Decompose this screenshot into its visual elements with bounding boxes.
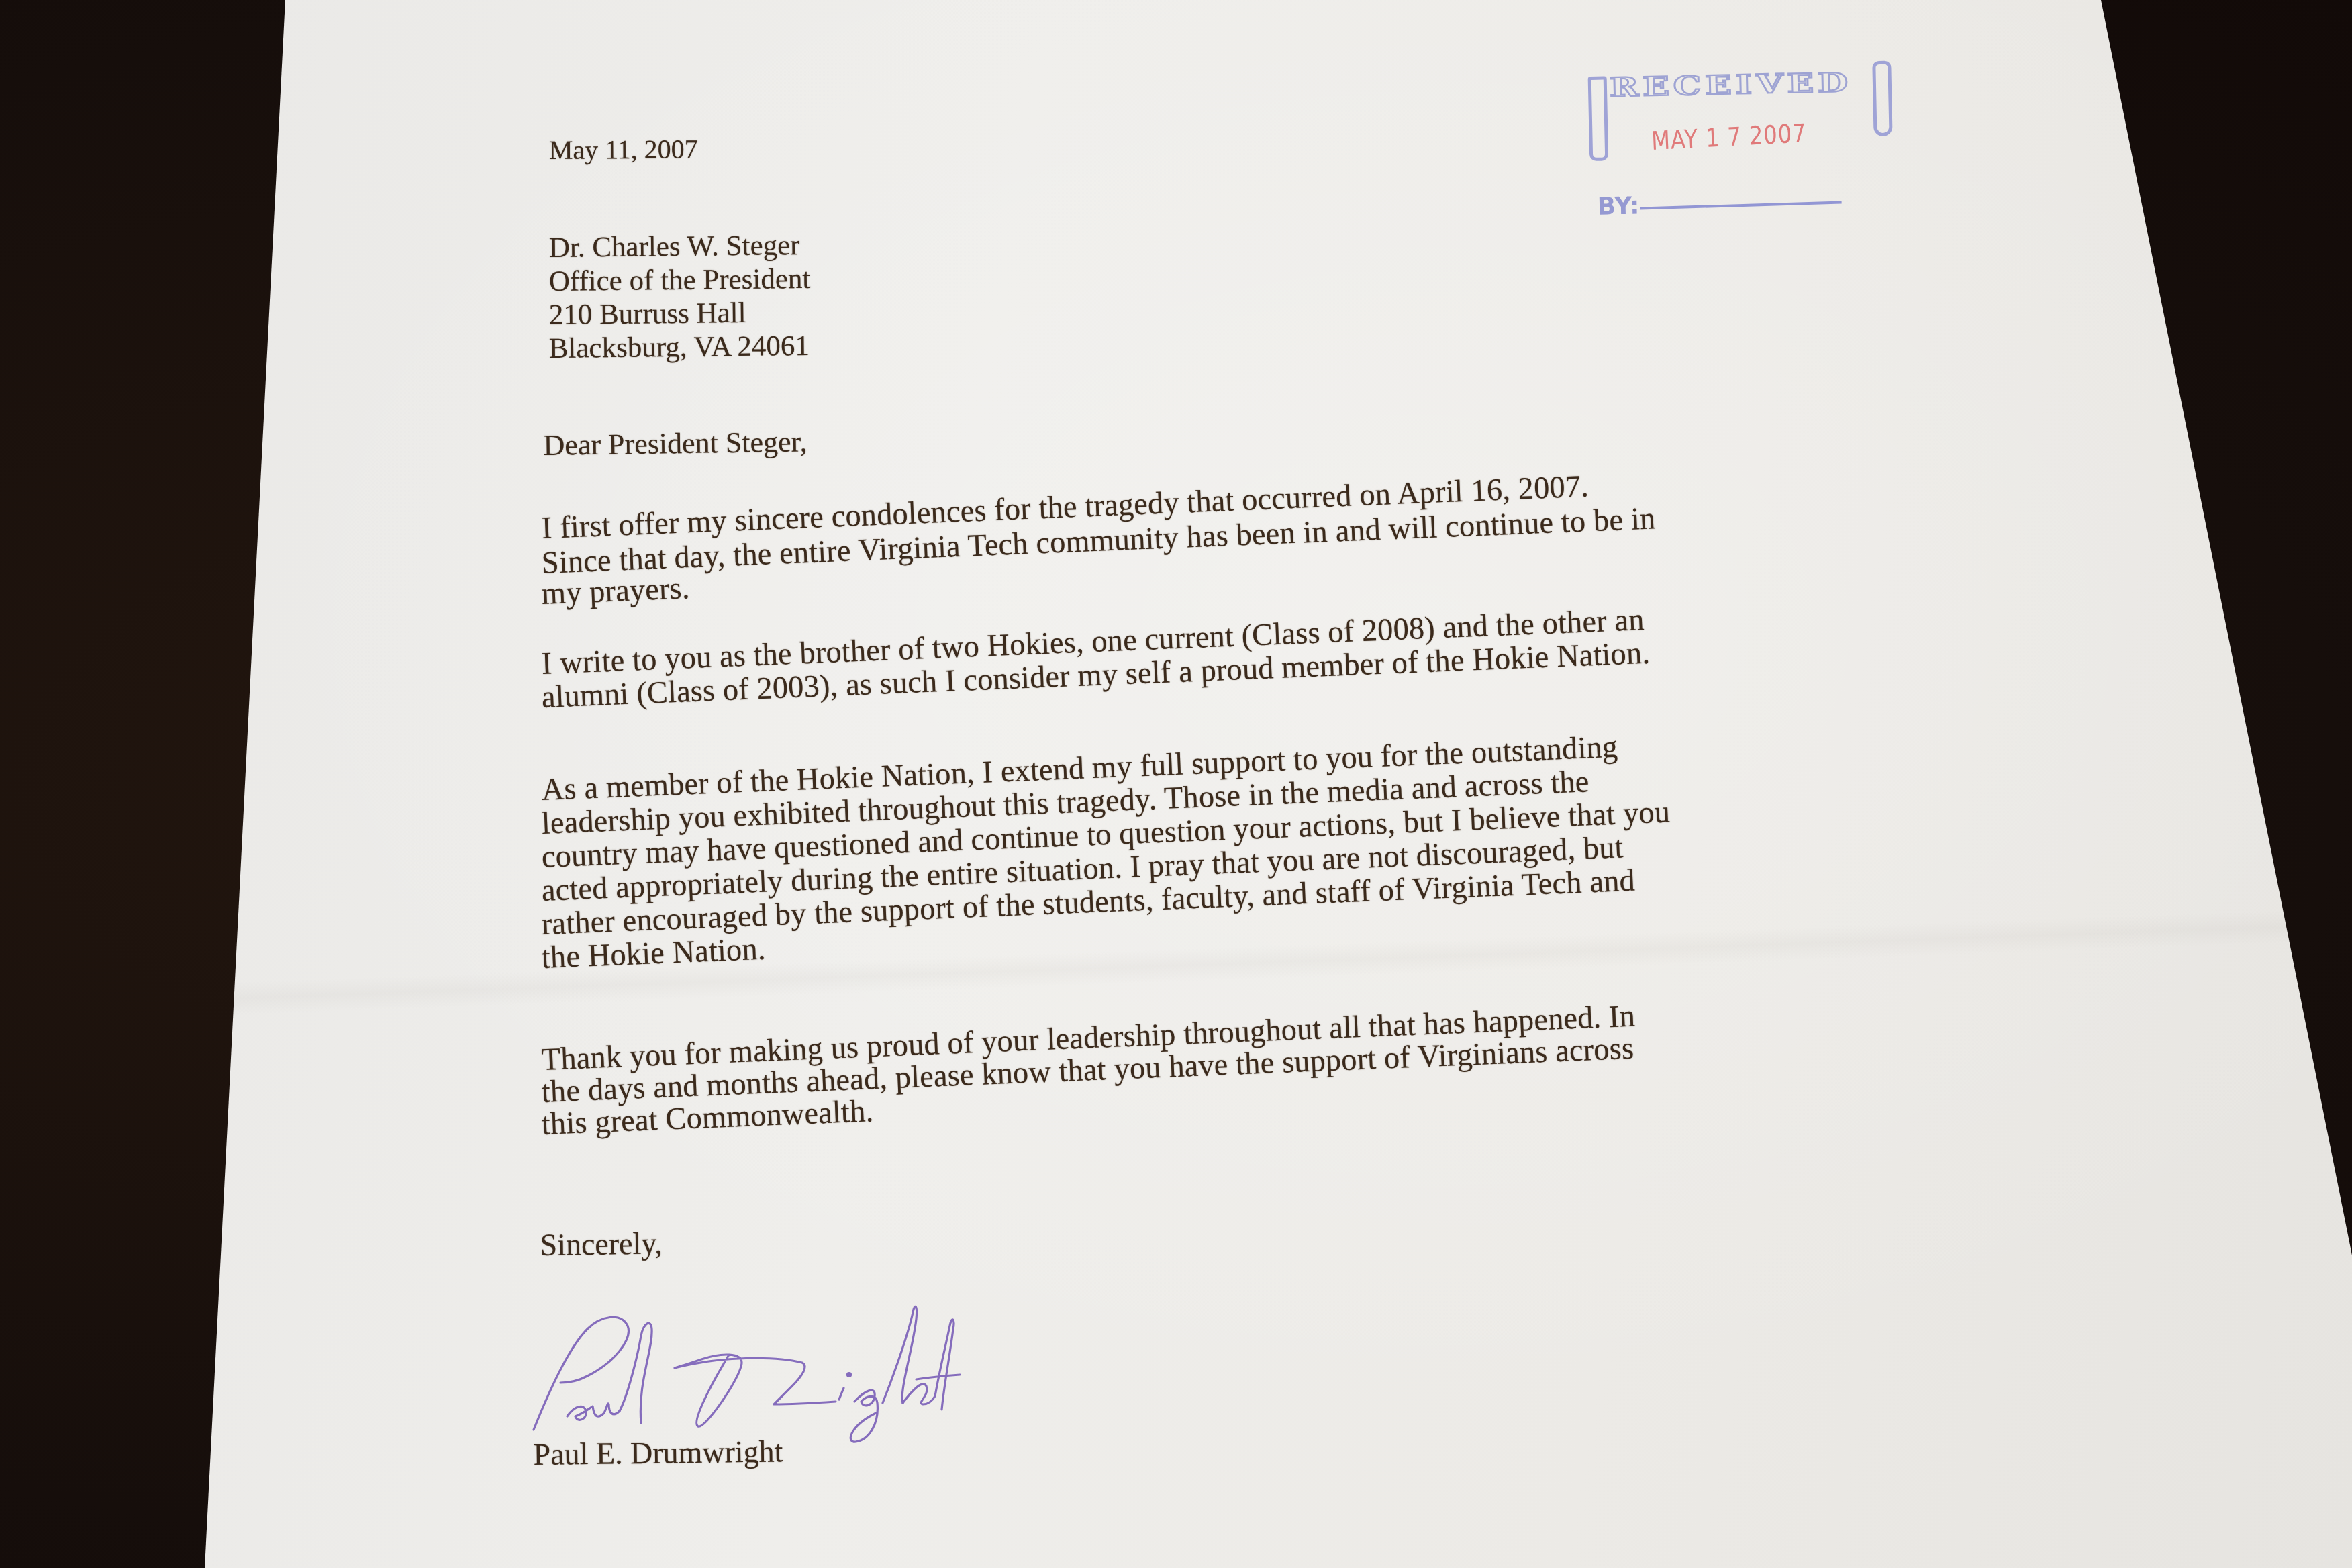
stamp-bracket-left bbox=[1588, 77, 1609, 162]
received-stamp-by-line bbox=[1640, 201, 1842, 210]
received-stamp-by-label: BY: bbox=[1597, 193, 1640, 221]
received-stamp: RECEIVED MAY 1 7 2007 BY: bbox=[1562, 60, 1941, 242]
signer-name: Paul E. Drumwright bbox=[533, 1433, 783, 1472]
handwritten-signature-icon bbox=[520, 1289, 1017, 1450]
stamp-bracket-right bbox=[1872, 61, 1892, 137]
letter: RECEIVED MAY 1 7 2007 BY: May 11, 2007 D… bbox=[0, 0, 2352, 1568]
letter-date: May 11, 2007 bbox=[549, 133, 698, 166]
recipient-street: 210 Burruss Hall bbox=[548, 297, 746, 332]
paragraph-1-line-3: my prayers. bbox=[541, 570, 691, 612]
salutation: Dear President Steger, bbox=[543, 425, 807, 462]
recipient-name: Dr. Charles W. Steger bbox=[548, 229, 799, 264]
received-stamp-label: RECEIVED bbox=[1609, 67, 1852, 103]
recipient-city: Blacksburg, VA 24061 bbox=[548, 330, 810, 365]
closing: Sincerely, bbox=[540, 1225, 663, 1263]
recipient-office: Office of the President bbox=[548, 262, 810, 298]
